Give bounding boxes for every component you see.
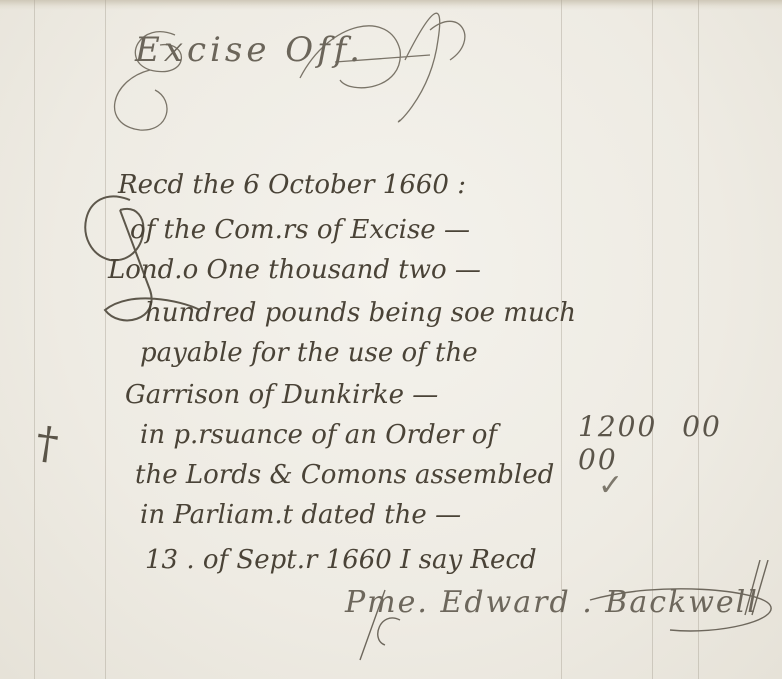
body-line-4: hundred pounds being soe much [145,298,576,328]
body-line-5: payable for the use of the [140,338,478,368]
manuscript-page: Excise Off. Recd the 6 October 1660 : of… [0,0,782,679]
rule-line [105,0,106,679]
body-line-3: Lond.o One thousand two — [108,255,481,285]
check-mark-icon: ✓ [598,468,623,503]
signature-edward-backwell: Pme. Edward . Backwell [345,585,759,620]
body-line-2: of the Com.rs of Excise — [130,215,470,245]
heading-excise-office: Excise Off. [135,30,364,70]
rule-line [34,0,35,679]
rule-line [698,0,699,679]
rule-line [652,0,653,679]
rule-line [561,0,562,679]
page-top-edge [0,0,782,10]
heading-flourish-icon [100,0,480,140]
body-line-8: the Lords & Comons assembled [135,460,554,490]
body-line-10: 13 . of Sept.r 1660 I say Recd [145,545,537,575]
body-line-9: in Parliam.t dated the — [140,500,461,530]
amount-column: 1200 00 00 [578,410,782,476]
body-line-6: Garrison of Dunkirke — [125,380,438,410]
margin-mark-icon: † [33,417,62,471]
body-line-7: in p.rsuance of an Order of [140,420,497,450]
body-line-1: Recd the 6 October 1660 : [118,170,466,200]
